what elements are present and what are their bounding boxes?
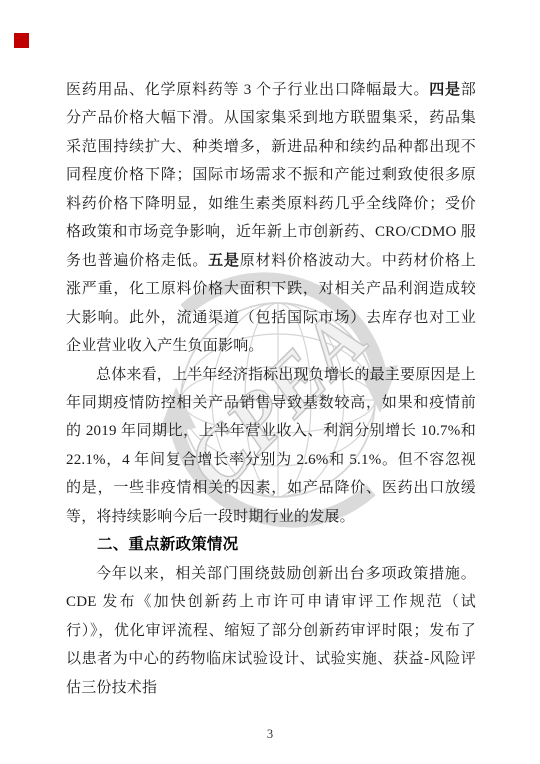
paragraph: 今年以来，相关部门围绕鼓励创新出台多项政策措施。CDE 发布《加快创新药上市许可… bbox=[66, 560, 476, 702]
emphasis-run: 二、重点新政策情况 bbox=[97, 536, 238, 553]
text-run: 今年以来，相关部门围绕鼓励创新出台多项政策措施。CDE 发布《加快创新药上市许可… bbox=[66, 566, 476, 696]
section-heading: 二、重点新政策情况 bbox=[66, 531, 476, 559]
document-page: CPEA 医药用品、化学原料药等 3 个子行业出口降幅最大。四是部分产品价格大幅… bbox=[0, 0, 540, 764]
paragraph: 总体来看，上半年经济指标出现负增长的最主要原因是上年同期疫情防控相关产品销售导致… bbox=[66, 361, 476, 532]
text-run: 总体来看，上半年经济指标出现负增长的最主要原因是上年同期疫情防控相关产品销售导致… bbox=[66, 367, 476, 525]
paragraph: 医药用品、化学原料药等 3 个子行业出口降幅最大。四是部分产品价格大幅下滑。从国… bbox=[66, 76, 476, 361]
page-number: 3 bbox=[0, 727, 540, 742]
text-run: 医药用品、化学原料药等 3 个子行业出口降幅最大。 bbox=[66, 82, 429, 98]
emphasis-run: 五是 bbox=[208, 253, 240, 269]
document-body: 医药用品、化学原料药等 3 个子行业出口降幅最大。四是部分产品价格大幅下滑。从国… bbox=[66, 76, 476, 702]
red-click-marker bbox=[14, 33, 29, 48]
text-run: 部分产品价格大幅下滑。从国家集采到地方联盟集采，药品集采范围持续扩大、种类增多，… bbox=[66, 82, 476, 269]
emphasis-run: 四是 bbox=[429, 82, 461, 98]
